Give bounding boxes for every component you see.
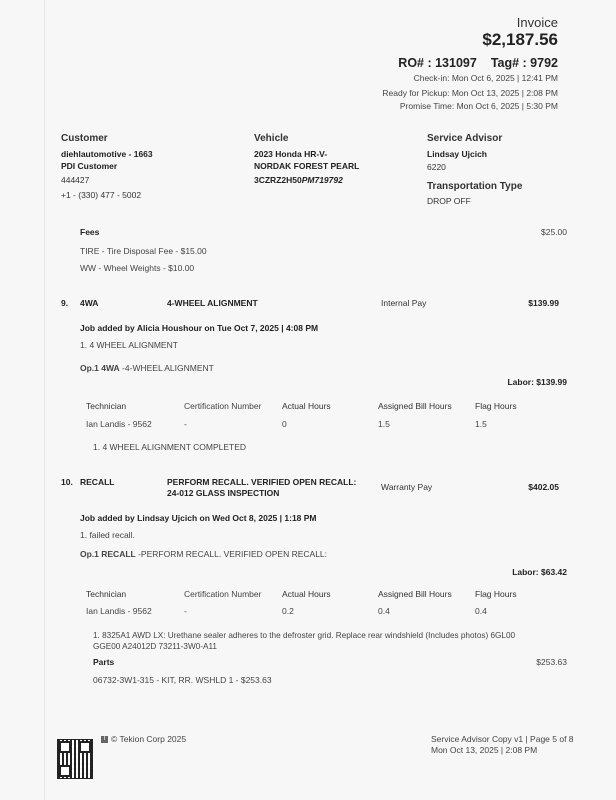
tech-header-technician: Technician — [86, 401, 126, 411]
advisor-id: 6220 — [427, 162, 446, 172]
transport-value: DROP OFF — [427, 196, 471, 206]
op-line: Op.1 4WA -4-WHEEL ALIGNMENT — [80, 363, 214, 373]
customer-id: 444427 — [61, 175, 89, 185]
ready-for-pickup-time: Ready for Pickup: Mon Oct 13, 2025 | 2:0… — [382, 88, 558, 98]
op-description: -PERFORM RECALL. VERIFIED OPEN RECALL: — [136, 549, 327, 559]
job-description: 4-WHEEL ALIGNMENT — [167, 298, 258, 308]
fee-item: WW - Wheel Weights - $10.00 — [80, 263, 194, 273]
tech-actual-hours: 0.2 — [282, 606, 294, 616]
job-added-by: Job added by Lindsay Ujcich on Wed Oct 8… — [80, 513, 317, 523]
job-pay-type: Internal Pay — [381, 298, 426, 308]
parts-label: Parts — [93, 657, 114, 667]
promise-time: Promise Time: Mon Oct 6, 2025 | 5:30 PM — [400, 101, 558, 111]
check-in-time: Check-in: Mon Oct 6, 2025 | 12:41 PM — [414, 73, 558, 83]
footer-copyright: © Tekion Corp 2025 — [111, 734, 186, 744]
ro-tag-line: RO# : 131097Tag# : 9792 — [398, 56, 558, 70]
job-amount: $139.99 — [528, 298, 559, 308]
parts-item: 06732-3W1-315 - KIT, RR. WSHLD 1 - $253.… — [93, 675, 272, 685]
qr-code — [57, 739, 93, 779]
scan-edge — [44, 0, 45, 800]
fee-item: TIRE - Tire Disposal Fee - $15.00 — [80, 246, 207, 256]
ro-number: RO# : 131097 — [398, 56, 477, 70]
job-story: 1. 4 WHEEL ALIGNMENT COMPLETED — [93, 442, 246, 452]
labor-amount: Labor: $63.42 — [512, 567, 567, 577]
tech-header-technician: Technician — [86, 589, 126, 599]
tech-header-flag: Flag Hours — [475, 401, 517, 411]
job-number: 10. — [61, 477, 73, 487]
tech-actual-hours: 0 — [282, 419, 287, 429]
tech-flag-hours: 0.4 — [475, 606, 487, 616]
job-concern: 1. 4 WHEEL ALIGNMENT — [80, 340, 178, 350]
job-story-line2: GGE00 A24012D 73211-3W0-A11 — [93, 642, 217, 651]
tekion-logo-icon: T — [101, 736, 108, 743]
tech-bill-hours: 0.4 — [378, 606, 390, 616]
op-code: Op.1 4WA — [80, 363, 120, 373]
tech-header-flag: Flag Hours — [475, 589, 517, 599]
job-story-line1: 1. 8325A1 AWD LX: Urethane sealer adhere… — [93, 631, 515, 640]
qr-finder — [59, 741, 71, 753]
tech-header-cert: Certification Number — [184, 589, 261, 599]
footer-copyright-line: T© Tekion Corp 2025 — [101, 734, 186, 744]
customer-label: Customer — [61, 133, 108, 144]
job-description-line2: 24-012 GLASS INSPECTION — [167, 488, 279, 498]
tech-name: Ian Landis - 9562 — [86, 419, 152, 429]
job-code: 4WA — [80, 298, 98, 308]
job-added-by: Job added by Alicia Houshour on Tue Oct … — [80, 323, 318, 333]
footer-copy-info: Service Advisor Copy v1 | Page 5 of 8 — [431, 734, 574, 744]
fees-label: Fees — [80, 227, 99, 237]
fees-total: $25.00 — [541, 227, 567, 237]
qr-finder — [59, 765, 71, 777]
invoice-title: Invoice — [517, 15, 558, 30]
vehicle-color: NORDAK FOREST PEARL — [254, 161, 359, 171]
tech-header-actual: Actual Hours — [282, 401, 331, 411]
transport-label: Transportation Type — [427, 181, 522, 192]
tech-header-assigned: Assigned Bill Hours — [378, 401, 452, 411]
tech-header-actual: Actual Hours — [282, 589, 331, 599]
labor-amount: Labor: $139.99 — [507, 377, 567, 387]
customer-type: PDI Customer — [61, 161, 117, 171]
tech-header-assigned: Assigned Bill Hours — [378, 589, 452, 599]
parts-total: $253.63 — [536, 657, 567, 667]
job-code: RECALL — [80, 477, 114, 487]
tech-flag-hours: 1.5 — [475, 419, 487, 429]
vehicle-model: 2023 Honda HR-V- — [254, 149, 327, 159]
advisor-name: Lindsay Ujcich — [427, 149, 487, 159]
customer-name: diehlautomotive - 1663 — [61, 149, 153, 159]
tech-cert: - — [184, 606, 187, 616]
job-description: PERFORM RECALL. VERIFIED OPEN RECALL: — [167, 477, 356, 487]
op-code: Op.1 RECALL — [80, 549, 136, 559]
vehicle-label: Vehicle — [254, 133, 288, 144]
advisor-label: Service Advisor — [427, 133, 502, 144]
vehicle-vin: 3CZRZ2H50PM719792 — [254, 175, 343, 185]
job-amount: $402.05 — [528, 482, 559, 492]
footer-printed-time: Mon Oct 13, 2025 | 2:08 PM — [431, 745, 537, 755]
op-line: Op.1 RECALL -PERFORM RECALL. VERIFIED OP… — [80, 549, 327, 559]
qr-finder — [79, 741, 91, 753]
vin-prefix: 3CZRZ2H50 — [254, 175, 302, 185]
tag-number: Tag# : 9792 — [491, 56, 558, 70]
tech-cert: - — [184, 419, 187, 429]
job-pay-type: Warranty Pay — [381, 482, 432, 492]
invoice-total: $2,187.56 — [482, 30, 558, 50]
vin-suffix: PM719792 — [302, 175, 343, 185]
tech-name: Ian Landis - 9562 — [86, 606, 152, 616]
tech-bill-hours: 1.5 — [378, 419, 390, 429]
customer-phone: +1 - (330) 477 - 5002 — [61, 190, 141, 200]
job-number: 9. — [61, 298, 68, 308]
tech-header-cert: Certification Number — [184, 401, 261, 411]
op-description: -4-WHEEL ALIGNMENT — [120, 363, 214, 373]
job-concern: 1. failed recall. — [80, 530, 135, 540]
